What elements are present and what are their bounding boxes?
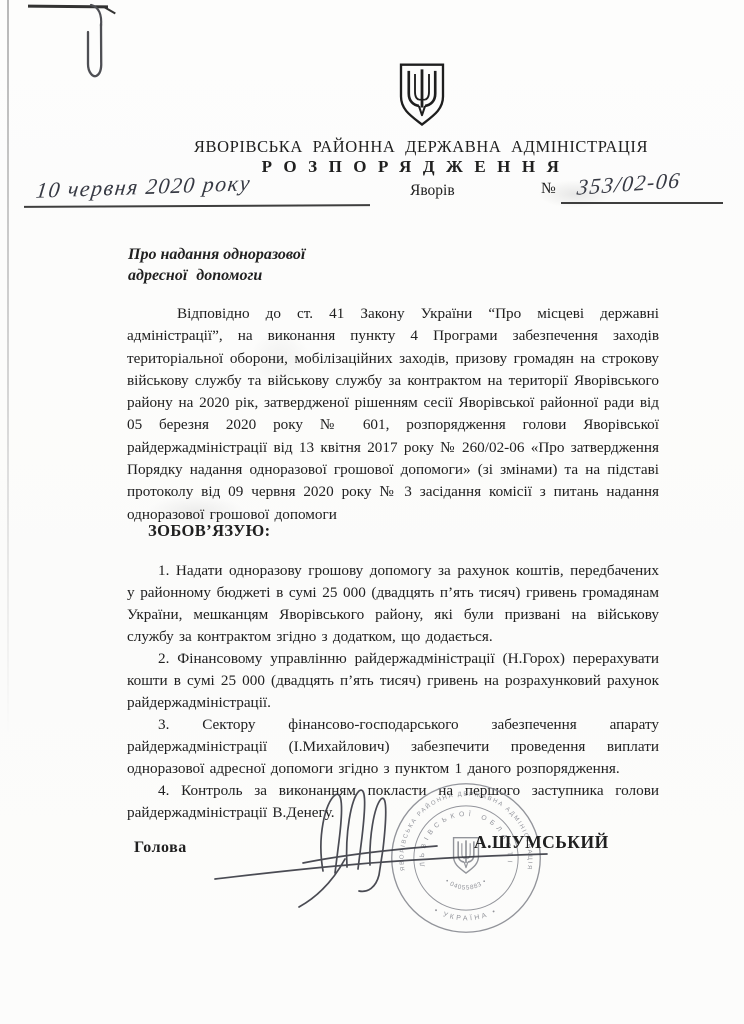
paper-clip-icon <box>80 2 120 90</box>
order-item-2: 2. Фінансовому управлінню райдержадмініс… <box>127 648 659 714</box>
scanned-document-page: ЯВОРІВСЬКА РАЙОННА ДЕРЖАВНА АДМІНІСТРАЦІ… <box>0 0 744 1024</box>
number-underline <box>561 202 723 204</box>
date-underline <box>24 204 370 207</box>
signature-title: Голова <box>134 839 187 857</box>
place-name: Яворів <box>410 182 455 200</box>
subject-line-1: Про надання одноразової <box>128 244 305 265</box>
scan-edge-line <box>7 0 9 737</box>
signer-name: А.ШУМСЬКИЙ <box>474 832 609 853</box>
trident-emblem-icon <box>394 62 450 128</box>
subject-line-2: адресної допомоги <box>128 265 305 286</box>
resolve-keyword: ЗОБОВ’ЯЗУЮ: <box>148 521 270 541</box>
org-name: ЯВОРІВСЬКА РАЙОННА ДЕРЖАВНА АДМІНІСТРАЦІ… <box>97 137 744 157</box>
subject-title: Про надання одноразової адресної допомог… <box>128 244 305 286</box>
order-item-1: 1. Надати одноразову грошову допомогу за… <box>127 560 659 648</box>
number-label: № <box>541 180 556 198</box>
handwritten-date: 10 червня 2020 року <box>34 170 252 204</box>
preamble-paragraph: Відповідно до ст. 41 Закону України “Про… <box>127 303 659 526</box>
order-item-3: 3. Сектору фінансово-господарського забе… <box>127 714 659 780</box>
